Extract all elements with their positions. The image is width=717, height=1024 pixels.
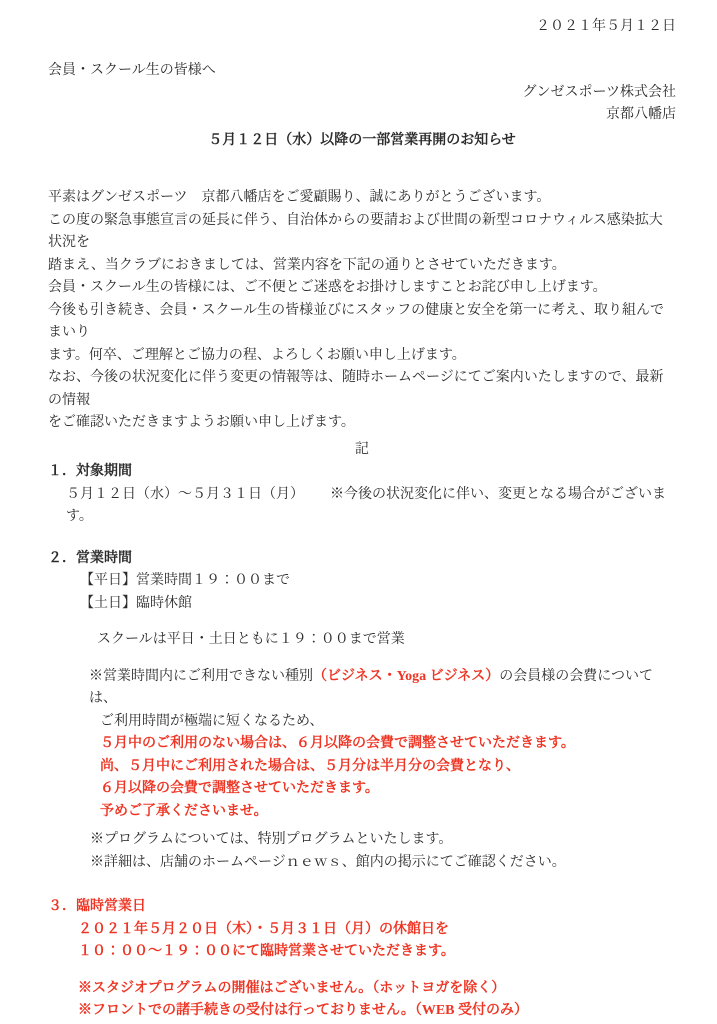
weekday-hours: 【平日】営業時間１９：００まで: [48, 570, 676, 593]
studio-program-note: ※スタジオプログラムの開催はございません。（ホットヨガを除く）: [78, 978, 676, 1001]
intro-line: 平素はグンゼスポーツ 京都八幡店をご愛顧賜り、誠にありがとうございます。: [48, 187, 676, 210]
weekend-hours: 【土日】臨時休館: [48, 593, 676, 616]
branch-name: 京都八幡店: [48, 106, 676, 123]
section-1-heading: １．対象期間: [48, 461, 676, 484]
document-date: ２０２１年５月１２日: [48, 18, 676, 35]
fee-notice-reason: ご利用時間が極端に短くなるため、: [48, 711, 676, 734]
fee-notice-prefix: ※営業時間内にご利用できない種別: [89, 669, 313, 684]
section-2-heading: ２．営業時間: [48, 548, 676, 571]
intro-line: なお、今後の状況変化に伴う変更の情報等は、随時ホームページにてご案内いたしますの…: [48, 367, 676, 412]
program-note: ※プログラムについては、特別プログラムといたします。: [90, 829, 676, 852]
intro-line: 会員・スクール生の皆様には、ご不便とご迷惑をお掛けしますことお詫び申し上げます。: [48, 277, 676, 300]
program-notes: ※プログラムについては、特別プログラムといたします。 ※詳細は、店舗のホームペー…: [48, 829, 676, 874]
fee-red-line: 尚、５月中にご利用された場合は、５月分は半月分の会費となり、: [48, 756, 676, 779]
intro-line: 踏まえ、当クラブにおきましては、営業内容を下記の通りとさせていただきます。: [48, 255, 676, 278]
temp-business-notes: ※スタジオプログラムの開催はございません。（ホットヨガを除く） ※フロントでの諸…: [48, 978, 676, 1023]
fee-notice-highlight: （ビジネス・Yoga ビジネス）: [313, 669, 499, 684]
notice-title: ５月１２日（水）以降の一部営業再開のお知らせ: [48, 132, 676, 150]
fee-notice-block: ※営業時間内にご利用できない種別（ビジネス・Yoga ビジネス）の会員様の会費に…: [48, 666, 676, 824]
recipient-line: 会員・スクール生の皆様へ: [48, 62, 676, 79]
front-desk-note: ※フロントでの諸手続きの受付は行っておりません。（WEB 受付のみ）: [78, 1000, 676, 1023]
intro-line: 今後も引き続き、会員・スクール生の皆様並びにスタッフの健康と安全を第一に考え、取…: [48, 300, 676, 345]
fee-red-line: ６月以降の会費で調整させていただきます。: [48, 778, 676, 801]
temp-open-date-line: ２０２１年５月２０日（木）・５月３１日（月）の休館日を: [48, 919, 676, 942]
program-note: ※詳細は、店舗のホームページｎｅｗｓ、館内の掲示にてご確認ください。: [90, 852, 676, 875]
intro-line: をご確認いただきますようお願い申し上げます。: [48, 412, 676, 435]
intro-line: ます。何卒、ご理解とご協力の程、よろしくお願い申し上げます。: [48, 345, 676, 368]
fee-red-line: 予めご了承くださいませ。: [48, 801, 676, 824]
target-period: ５月１２日（水）～５月３１日（月）: [66, 487, 304, 502]
document-page: ２０２１年５月１２日 会員・スクール生の皆様へ グンゼスポーツ株式会社 京都八幡…: [0, 0, 717, 1024]
fee-notice-line: ※営業時間内にご利用できない種別（ビジネス・Yoga ビジネス）の会員様の会費に…: [48, 666, 676, 711]
intro-paragraph: 平素はグンゼスポーツ 京都八幡店をご愛顧賜り、誠にありがとうございます。 この度…: [48, 187, 676, 435]
record-mark: 記: [48, 439, 676, 462]
section-3-heading: ３．臨時営業日: [48, 896, 676, 919]
target-period-line: ５月１２日（水）～５月３１日（月）※今後の状況変化に伴い、変更となる場合がござい…: [48, 484, 676, 529]
intro-line: この度の緊急事態宣言の延長に伴う、自治体からの要請および世間の新型コロナウィルス…: [48, 210, 676, 255]
school-hours: スクールは平日・土日ともに１９：００まで営業: [48, 629, 676, 652]
company-name: グンゼスポーツ株式会社: [48, 84, 676, 101]
temp-open-hours-line: １０：００～１９：００にて臨時営業させていただきます。: [48, 941, 676, 964]
fee-red-line: ５月中のご利用のない場合は、６月以降の会費で調整させていただきます。: [48, 733, 676, 756]
